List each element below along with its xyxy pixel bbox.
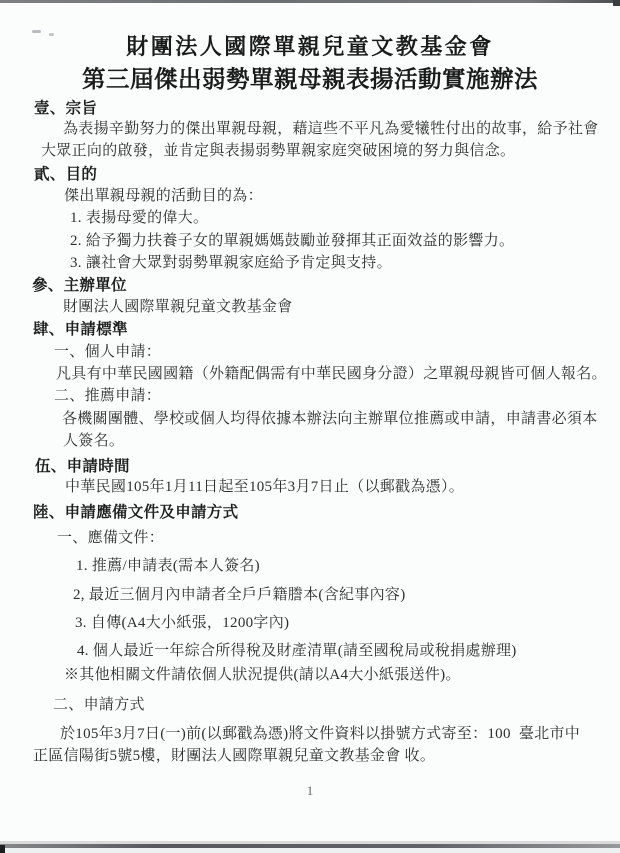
section-1-line-1: 為表揚辛勤努力的傑出單親母親，藉這些不平凡為愛犧牲付出的故事，給予社會 bbox=[63, 121, 599, 138]
section-6-doc-3: 3. 自傳(A4大小紙張，1200字內) bbox=[75, 615, 289, 632]
section-6-sub2-line-1: 於105年3月7日(一)前(以郵戳為憑)將文件資料以掛號方式寄至：100 臺北市… bbox=[60, 726, 580, 743]
section-2-item-2: 2. 給予獨力扶養子女的單親媽媽鼓勵並發揮其正面效益的影響力。 bbox=[70, 233, 514, 250]
scan-corner-top-right bbox=[613, 0, 620, 6]
section-6-doc-4: 4. 個人最近一年綜合所得稅及財產清單(請至國稅局或稅捐處辦理) bbox=[77, 643, 517, 660]
section-2-item-1: 1. 表揚母愛的偉大。 bbox=[70, 210, 208, 227]
scanned-document-page: 財團法人國際單親兒童文教基金會 第三屆傑出弱勢單親母親表揚活動實施辦法 壹、宗旨… bbox=[0, 0, 620, 853]
scan-edge-top bbox=[0, 0, 620, 3]
section-6-note: ※其他相關文件請依個人狀況提供(請以A4大小紙張送件)。 bbox=[64, 667, 461, 684]
section-4-sub1-body: 凡具有中華民國國籍（外籍配偶需有中華民國身分證）之單親母親皆可個人報名。 bbox=[56, 366, 607, 383]
page-title-line-2: 第三屆傑出弱勢單親母親表揚活動實施辦法 bbox=[0, 60, 620, 94]
section-6-doc-1: 1. 推薦/申請表(需本人簽名) bbox=[76, 558, 260, 575]
section-6-subheading-1: 一、應備文件： bbox=[57, 530, 164, 547]
section-4-subheading-2: 二、推薦申請： bbox=[54, 388, 161, 405]
section-6-doc-2: 2, 最近三個月內申請者全戶戶籍謄本(含紀事內容) bbox=[73, 587, 406, 604]
section-2-item-3: 3. 讓社會大眾對弱勢單親家庭給予肯定與支持。 bbox=[70, 255, 392, 272]
section-5-heading: 伍、申請時間 bbox=[35, 458, 130, 475]
section-4-subheading-1: 一、個人申請： bbox=[54, 344, 161, 361]
section-1-heading: 壹、宗旨 bbox=[34, 100, 97, 117]
section-6-sub2-line-2: 正區信陽街5號5樓，財團法人國際單親兒童文教基金會 收。 bbox=[33, 748, 435, 765]
section-2-heading: 貳、目的 bbox=[34, 166, 97, 183]
page-title-line-1: 財團法人國際單親兒童文教基金會 bbox=[0, 30, 620, 61]
section-4-sub2-line-1: 各機關團體、學校或個人均得依據本辦法向主辦單位推薦或申請，申請書必須本 bbox=[62, 411, 598, 428]
section-4-sub2-line-2: 人簽名。 bbox=[63, 433, 124, 450]
scan-corner-bottom-left bbox=[0, 845, 5, 853]
section-1-line-2: 大眾正向的啟發，並肯定與表揚弱勢單親家庭突破困境的努力與信念。 bbox=[41, 143, 515, 160]
section-6-heading: 陸、申請應備文件及申請方式 bbox=[33, 504, 238, 521]
section-6-subheading-2: 二、申請方式 bbox=[53, 697, 145, 714]
section-3-body: 財團法人國際單親兒童文教基金會 bbox=[63, 299, 293, 316]
section-2-intro: 傑出單親母親的活動目的為： bbox=[64, 188, 263, 205]
section-3-heading: 參、主辦單位 bbox=[32, 277, 127, 294]
page-number: 1 bbox=[0, 784, 620, 799]
section-4-heading: 肆、申請標準 bbox=[33, 321, 128, 338]
section-5-body: 中華民國105年1月11日起至105年3月7日止（以郵戳為憑）。 bbox=[65, 479, 464, 496]
scan-edge-bottom-strip bbox=[0, 848, 620, 853]
